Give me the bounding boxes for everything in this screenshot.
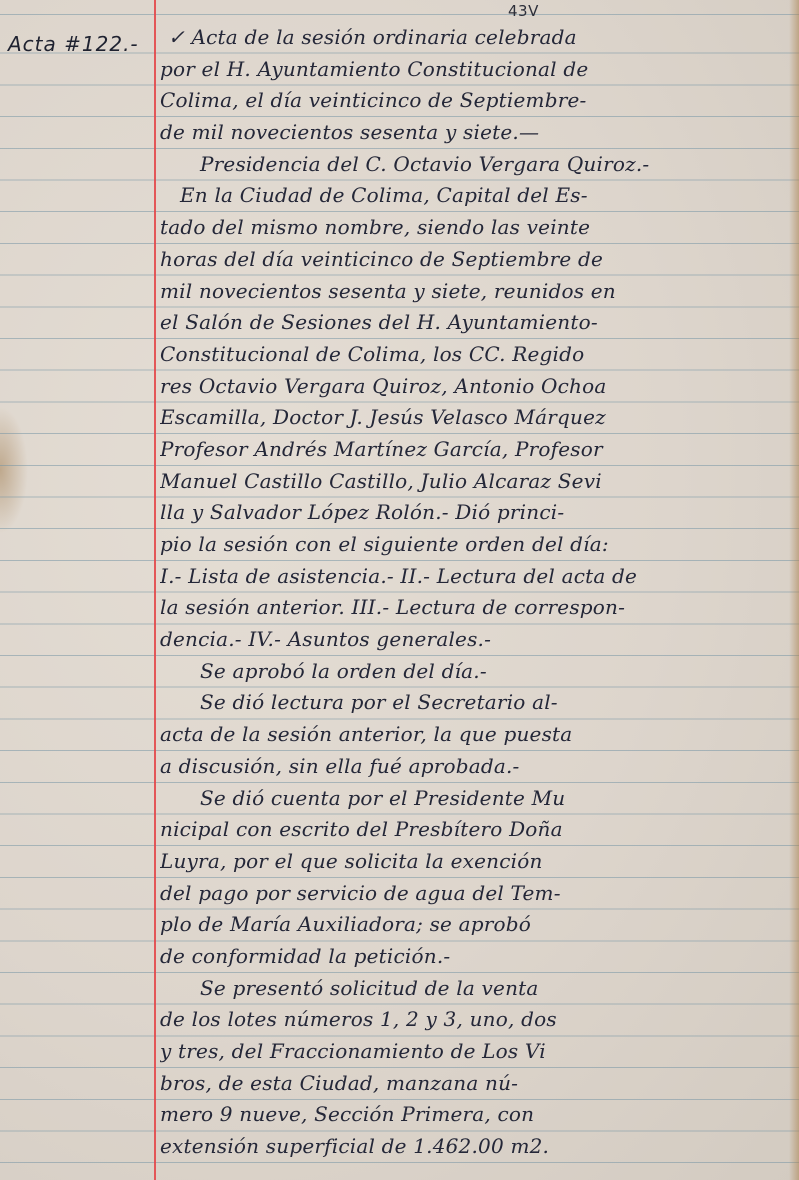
text-line: mero 9 nueve, Sección Primera, con (160, 1099, 795, 1131)
text-line: pio la sesión con el siguiente orden del… (160, 529, 795, 561)
text-line: Se presentó solicitud de la venta (160, 973, 795, 1005)
text-line: Se aprobó la orden del día.- (160, 656, 795, 688)
text-line: I.- Lista de asistencia.- II.- Lectura d… (160, 561, 795, 593)
text-line: Se dió lectura por el Secretario al- (160, 687, 795, 719)
text-line: extensión superficial de 1.462.00 m2. (160, 1131, 795, 1163)
text-line: mil novecientos sesenta y siete, reunido… (160, 276, 795, 308)
text-line: nicipal con escrito del Presbítero Doña (160, 814, 795, 846)
text-line: Profesor Andrés Martínez García, Profeso… (160, 434, 795, 466)
text-line: de los lotes números 1, 2 y 3, uno, dos (160, 1004, 795, 1036)
text-line: dencia.- IV.- Asuntos generales.- (160, 624, 795, 656)
text-line: del pago por servicio de agua del Tem- (160, 878, 795, 910)
text-line: y tres, del Fraccionamiento de Los Vi (160, 1036, 795, 1068)
text-line: Constitucional de Colima, los CC. Regido (160, 339, 795, 371)
text-line: de conformidad la petición.- (160, 941, 795, 973)
text-line: el Salón de Sesiones del H. Ayuntamiento… (160, 307, 795, 339)
acta-number-label: Acta #122.- (8, 32, 139, 56)
text-line: ✓ Acta de la sesión ordinaria celebrada (160, 22, 795, 54)
ledger-page: 43V Acta #122.- ✓ Acta de la sesión ordi… (0, 0, 799, 1180)
text-line: Presidencia del C. Octavio Vergara Quiro… (160, 149, 795, 181)
red-margin-rule (154, 0, 156, 1180)
handwritten-minutes: ✓ Acta de la sesión ordinaria celebrada … (160, 22, 795, 1163)
text-line: acta de la sesión anterior, la que puest… (160, 719, 795, 751)
text-line: tado del mismo nombre, siendo las veinte (160, 212, 795, 244)
text-line: bros, de esta Ciudad, manzana nú- (160, 1068, 795, 1100)
text-line: la sesión anterior. III.- Lectura de cor… (160, 592, 795, 624)
folio-number: 43V (508, 2, 539, 20)
text-line: plo de María Auxiliadora; se aprobó (160, 909, 795, 941)
text-line: En la Ciudad de Colima, Capital del Es- (160, 180, 795, 212)
text-line: lla y Salvador López Rolón.- Dió princi- (160, 497, 795, 529)
text-line: Colima, el día veinticinco de Septiembre… (160, 85, 795, 117)
text-line: res Octavio Vergara Quiroz, Antonio Ocho… (160, 371, 795, 403)
text-line: Manuel Castillo Castillo, Julio Alcaraz … (160, 466, 795, 498)
text-line: a discusión, sin ella fué aprobada.- (160, 751, 795, 783)
text-line: Escamilla, Doctor J. Jesús Velasco Márqu… (160, 402, 795, 434)
text-line: por el H. Ayuntamiento Constitucional de (160, 54, 795, 86)
text-line: de mil novecientos sesenta y siete.— (160, 117, 795, 149)
text-line: Se dió cuenta por el Presidente Mu (160, 783, 795, 815)
text-line: Luyra, por el que solicita la exención (160, 846, 795, 878)
text-line: horas del día veinticinco de Septiembre … (160, 244, 795, 276)
